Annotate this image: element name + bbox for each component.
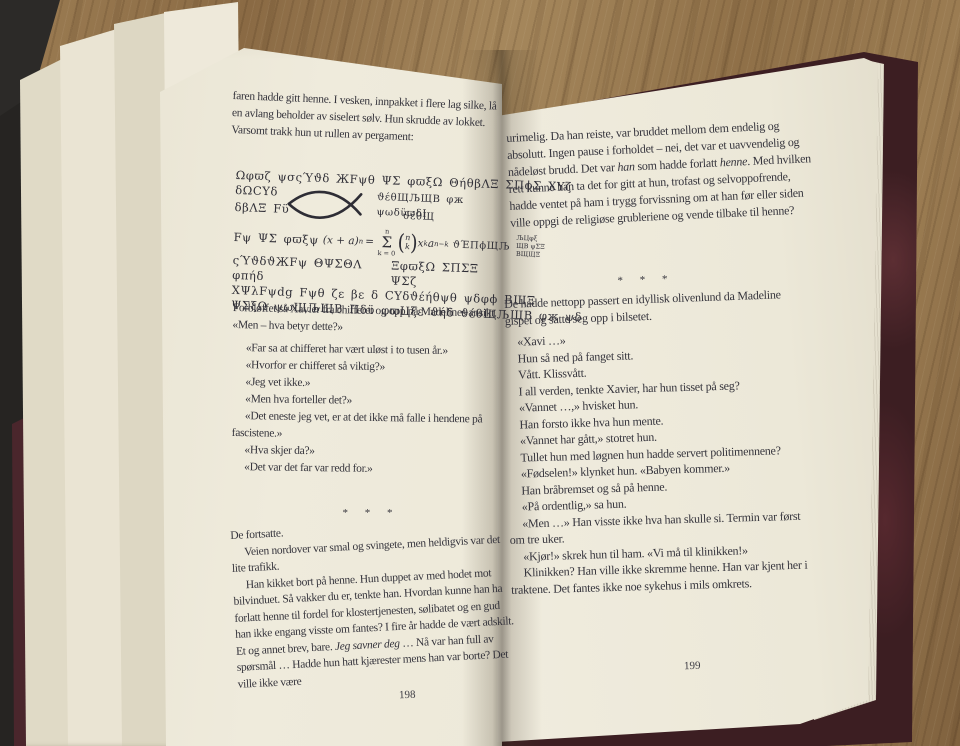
cipher-chirho-side-text: ЉЦφξ ЩВ ψΣΞ ВЩЩΞ xyxy=(516,235,545,259)
left-page-dialogue: «Far sa at chifferet har vært uløst i to… xyxy=(231,340,509,480)
cipher-block: Ωφϖζ ψσςΎϑδ ЖFψθ ΨΣ φϖξΩ ΘήθβΛΞ ΣΠϕΣ ΧΥζ… xyxy=(231,168,508,322)
paragraph: Forbløffet så Xavier fra chifferet og op… xyxy=(232,300,509,340)
cipher-left-column: δΩCΥδ δβΛΞ Fϋ xyxy=(234,183,290,219)
text-segment: som hadde forlatt xyxy=(634,155,720,173)
binom-close-paren: ) xyxy=(410,235,418,252)
cipher-line-4-post: ϑΈΠϕЩЉ xyxy=(452,237,510,254)
binom-open-paren: ( xyxy=(397,234,405,251)
cipher-line-5-right: ΞφϖξΩ ΣΠΣΞ ΨΣζ xyxy=(390,258,504,292)
paragraph: Han kikket bort på henne. Hun duppet av … xyxy=(232,564,517,693)
cipher-line-2-right: ϑέθЩЉЩВ φж ψωδϋϖδΙ xyxy=(376,190,507,225)
formula-summation: n Σ k = 0 xyxy=(378,228,397,257)
italic-segment: Jeg savner deg xyxy=(335,637,400,652)
sum-lower-limit: k = 0 xyxy=(378,249,396,256)
sum-sign: Σ xyxy=(381,235,392,250)
ichthys-fish-icon xyxy=(284,185,377,226)
italic-segment: henne xyxy=(719,154,747,169)
paragraph: urimelig. Da han reiste, var bruddet mel… xyxy=(506,116,816,232)
left-page-bottom-block: De fortsatte. Veien nordover var smal og… xyxy=(230,514,518,692)
dialogue-line: «Det eneste jeg vet, er at det ikke må f… xyxy=(232,408,508,446)
binomial-formula: (x + a)n = n Σ k = 0 ( n k ) xk an−k xyxy=(322,226,449,258)
cipher-line-2-left: δΩCΥδ xyxy=(235,183,290,202)
formula-term2-exp: n−k xyxy=(434,236,449,252)
cipher-line-4-pre: Fψ ΨΣ φϖξψ xyxy=(233,229,319,247)
cipher-line-3-right: ϑέθЩ xyxy=(402,209,435,225)
right-page-dialogue: «Xavi …» Hun så ned på fanget sitt. Vått… xyxy=(504,325,817,597)
left-page-number: 198 xyxy=(399,689,416,702)
formula-lhs: (x + a) xyxy=(323,233,359,249)
italic-segment: han xyxy=(617,159,635,174)
cipher-line-3-left: δβΛΞ Fϋ xyxy=(234,200,289,219)
formula-equals: = xyxy=(365,234,374,249)
chirho-side-3: ВЩЩΞ xyxy=(516,251,545,260)
formula-lhs-exp: n xyxy=(358,234,363,249)
right-page-urimelig-paragraph: urimelig. Da han reiste, var bruddet mel… xyxy=(506,116,816,232)
left-page-forblofet-paragraph: Forbløffet så Xavier fra chifferet og op… xyxy=(232,300,509,340)
book-photo: faren hadde gitt henne. I vesken, innpak… xyxy=(0,0,960,746)
right-page-number: 199 xyxy=(684,660,701,673)
